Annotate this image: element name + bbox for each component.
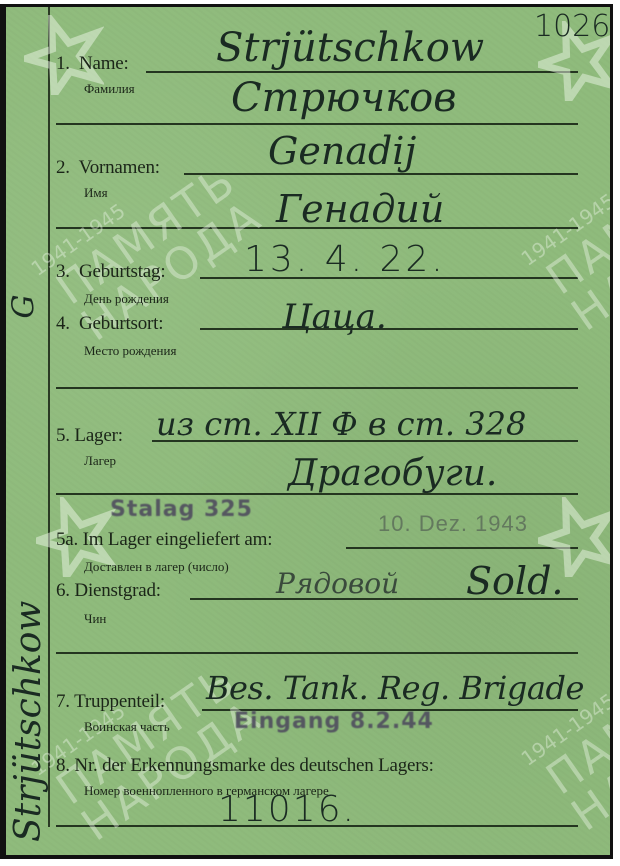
field-6-value-de: Sold. [466, 559, 563, 603]
rule-vornamen [184, 173, 578, 175]
field-2-label: 2. Vornamen: [56, 157, 160, 179]
field-5-value-line1: из ст. XII Ф в ст. 328 [156, 405, 526, 443]
stamp-eingang: Eingang 8.2.44 [234, 709, 434, 734]
field-3-value: 13. 4. 22. [244, 239, 446, 280]
field-5-label: 5. Lager: [56, 425, 123, 447]
rule-dienstgrad-ru [56, 652, 578, 654]
pow-registration-card: 1941-1945 ПАМЯТЬ НАРОДА 1941-1945 ПАМЯТЬ… [6, 4, 613, 859]
field-1-label: 1. Name: [56, 53, 129, 75]
field-2-label-ru: Имя [84, 185, 108, 201]
stamp-stalag: Stalag 325 [110, 497, 253, 522]
corner-number: 1026 [534, 9, 610, 44]
field-4-label: 4. Geburtsort: [56, 313, 163, 335]
field-5a-label-ru: Доставлен в лагер (число) [84, 559, 229, 575]
field-1-value-latin: Strjütschkow [216, 25, 484, 71]
field-2-value-cyrillic: Генадий [276, 187, 444, 231]
stamp-date-received: 10. Dez. 1943 [378, 511, 528, 537]
field-6-label-ru: Чин [84, 611, 106, 627]
side-note-surname: Strjütschkow [8, 601, 49, 842]
field-2-value-latin: Genadij [268, 129, 416, 173]
field-8-value: 11016. [218, 789, 356, 830]
field-6-label: 6. Dienstgrad: [56, 580, 161, 602]
field-1-label-ru: Фамилия [84, 81, 135, 97]
field-5a-label: 5a. Im Lager eingeliefert am: [56, 529, 272, 551]
field-1-value-cyrillic: Стрючков [231, 75, 457, 121]
field-6-value-ru: Рядовой [276, 567, 399, 600]
rule-name [146, 71, 578, 73]
field-7-label: 7. Truppenteil: [56, 691, 165, 713]
field-3-label-ru: День рождения [84, 291, 169, 307]
field-3-label: 3. Geburtstag: [56, 261, 165, 283]
field-8-label: 8. Nr. der Erkennungsmarke des deutschen… [56, 755, 434, 777]
field-5-value-line2: Драгобуги. [288, 453, 497, 494]
rule-name-ru [56, 123, 578, 125]
field-7-value: Bes. Tank. Reg. Brigade [206, 669, 584, 707]
watermark-right-top: 1941-1945 ПАМЯТЬ НАРОДА [526, 128, 613, 338]
rule-eingeliefert [346, 547, 578, 549]
field-4-value: Цаца. [282, 297, 387, 337]
field-7-label-ru: Воинская часть [84, 719, 170, 735]
field-5-label-ru: Лагер [84, 453, 116, 469]
side-note-mark: G [6, 295, 41, 319]
rule-geburtsort [200, 328, 578, 330]
watermark-right-bottom: 1941-1945 ПАМЯТЬ НАРОДА [526, 628, 613, 838]
rule-geburtsort-ru [56, 387, 578, 389]
field-4-label-ru: Место рождения [84, 343, 176, 359]
